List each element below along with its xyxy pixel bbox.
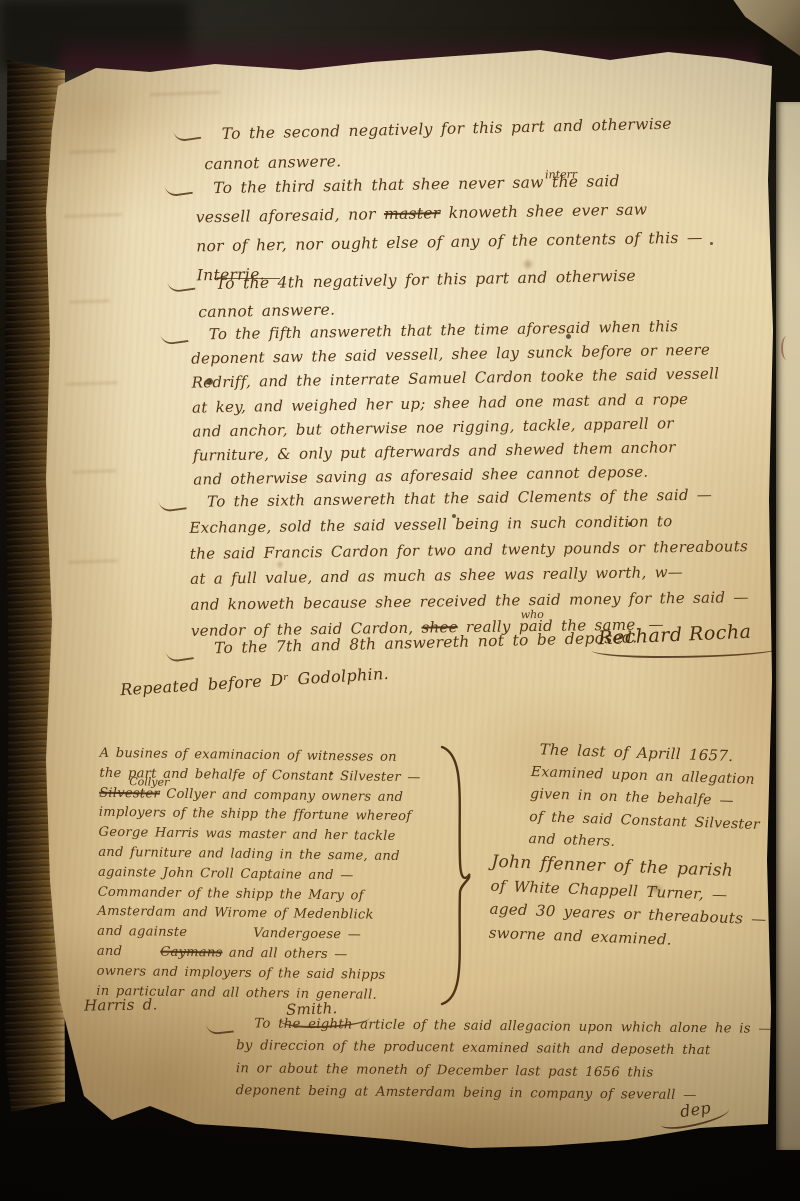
struck-word: master (384, 204, 441, 223)
deponent-block: John ffenner of the parish of White Chap… (488, 851, 768, 956)
manuscript-line: furniture, & only put afterwards and she… (193, 438, 676, 464)
manuscript-line: of White Chappell Turner, — (490, 876, 727, 903)
manuscript-line: and knoweth because shee received the sa… (190, 588, 748, 614)
paragraph-flourish (158, 497, 186, 513)
paragraph-flourish (165, 182, 193, 198)
struck-word: Silvester (99, 785, 160, 801)
manuscript-line: and others. (528, 831, 615, 850)
paragraph-flourish (173, 127, 201, 143)
manuscript-line: and furniture and lading in the same, an… (98, 845, 400, 864)
manuscript-line: To the second negatively for this part a… (222, 115, 672, 143)
manuscript-line: at key, and weighed her up; shee had one… (192, 390, 689, 417)
manuscript-line: cannot answere. (204, 152, 341, 173)
manuscript-line: and otherwise saving as aforesaid shee c… (193, 463, 648, 489)
manuscript-line: Interrie. (197, 265, 265, 284)
manuscript-line: aged 30 yeares or thereabouts — (489, 900, 767, 929)
interlinear-insert: Collyer (129, 772, 169, 792)
manuscript-line: cannot answere. (198, 301, 335, 322)
deponent-signature: Rechard Rocha (598, 621, 752, 650)
manuscript-line: deponent saw the said vessell, shee lay … (191, 341, 710, 368)
examiner-signature: Smith. (286, 999, 338, 1019)
manuscript-line: nor of her, nor ought else of any of the… (196, 229, 703, 256)
word-underline (214, 278, 280, 279)
manuscript-line: A busines of examinacion of witnesses on (100, 746, 397, 765)
manuscript-line: imployers of the shipp the ffortune wher… (99, 805, 412, 824)
repetition-note: Repeated before Dʳ Godolphin. (120, 664, 390, 699)
manuscript-line: really paid the same. — (458, 615, 664, 636)
manuscript-line: vessell aforesaid, nor (196, 205, 385, 226)
answer-paragraph-3: To the 4th negatively for this part and … (198, 262, 637, 326)
interlinear-insert: who (521, 602, 544, 628)
manuscript-line: To the eighth article of the said allega… (254, 1016, 772, 1036)
manuscript-line: vendor of the said Cardon, (191, 619, 422, 640)
manuscript-line: the part and behalfe of Constant Silvest… (99, 766, 420, 785)
manuscript-line: To the 7th and 8th answereth not to be d… (214, 628, 638, 657)
manuscript-line: owners and imployers of the said shipps (97, 964, 386, 983)
paragraph-flourish (167, 278, 195, 294)
manuscript-line: Amsterdam and Wirome of Medenblick (97, 904, 373, 923)
answer-paragraph-5: who To the sixth answereth that the said… (189, 482, 749, 645)
manuscript-line: The last of Aprill 1657. (539, 740, 733, 765)
manuscript-line: sworne and examined. (488, 923, 672, 948)
catchword: dep (679, 1098, 712, 1121)
manuscript-line: and anchor, but otherwise noe rigging, t… (192, 414, 674, 440)
signature-flourish (592, 644, 782, 658)
manuscript-line: George Harris was master and her tackle (98, 825, 395, 844)
manuscript-line: knoweth shee ever saw (440, 201, 647, 223)
manuscript-line: To the third saith that shee never saw t… (213, 172, 620, 197)
manuscript-page: To the second negatively for this part a… (0, 0, 800, 1201)
manuscript-line: Collyer and company owners and (160, 786, 404, 804)
manuscript-line: Commander of the shipp the Mary of (98, 884, 364, 903)
struck-word: Caymans (160, 945, 222, 961)
case-title-brace (438, 744, 474, 1008)
manuscript-line: againste John Croll Captaine and — (98, 865, 354, 884)
manuscript-line: deponent being at Amsterdam being in com… (236, 1083, 697, 1103)
manuscript-line: at a full value, and as much as shee was… (190, 563, 683, 588)
manuscript-line: To the fifth answereth that the time afo… (209, 317, 679, 343)
facing-page-edge (776, 102, 800, 1150)
manuscript-line: by direccion of the producent examined s… (236, 1038, 711, 1058)
manuscript-photo: To the second negatively for this part a… (0, 0, 800, 1201)
manuscript-line: in or about the moneth of December last … (236, 1061, 654, 1080)
manuscript-line: the said Francis Cardon for two and twen… (190, 537, 748, 563)
manuscript-line: To the sixth answereth that the said Cle… (207, 486, 712, 511)
date-block: The last of Aprill 1657. Examined upon a… (528, 738, 763, 858)
marginal-note: Harris d. (84, 995, 158, 1014)
deposition-paragraph: To the eighth article of the said allega… (236, 1013, 772, 1108)
answer-paragraph-1: To the second negatively for this part a… (203, 109, 672, 180)
paragraph-flourish (165, 647, 193, 663)
manuscript-line: and all others — (222, 945, 347, 962)
interlinear-insert: interr (545, 160, 578, 190)
manuscript-line: in particular and all others in generall… (96, 983, 377, 1002)
facing-page-mark (781, 336, 793, 360)
manuscript-line: To the 4th negatively for this part and … (216, 267, 636, 293)
manuscript-line: and againste (97, 924, 187, 940)
manuscript-line: John ffenner of the parish (491, 852, 733, 881)
case-title-block: Collyer A busines of examinacion of witn… (96, 744, 421, 1006)
catchword-flourish (659, 1106, 730, 1132)
examiner-flourish (280, 1014, 370, 1028)
manuscript-line: and (97, 944, 123, 959)
manuscript-line: Vandergoese — (253, 926, 361, 943)
manuscript-line: Exchange, sold the said vessell being in… (189, 512, 672, 537)
struck-word: shee (421, 618, 458, 637)
paragraph-flourish (160, 330, 188, 346)
manuscript-line: Examined upon an allegation (531, 763, 756, 787)
manuscript-line: given in on the behalfe — (530, 786, 734, 809)
answer-paragraph-5-final-line: To the 7th and 8th answereth not to be d… (196, 628, 638, 658)
answer-paragraph-4: To the fifth answereth that the time afo… (191, 313, 722, 492)
manuscript-line: Redriff, and the interrate Samuel Cardon… (191, 365, 719, 392)
answer-paragraph-2: interr To the third saith that shee neve… (195, 166, 703, 291)
manuscript-line: of the said Constant Silvester (529, 808, 760, 832)
paragraph-flourish (206, 1021, 234, 1036)
